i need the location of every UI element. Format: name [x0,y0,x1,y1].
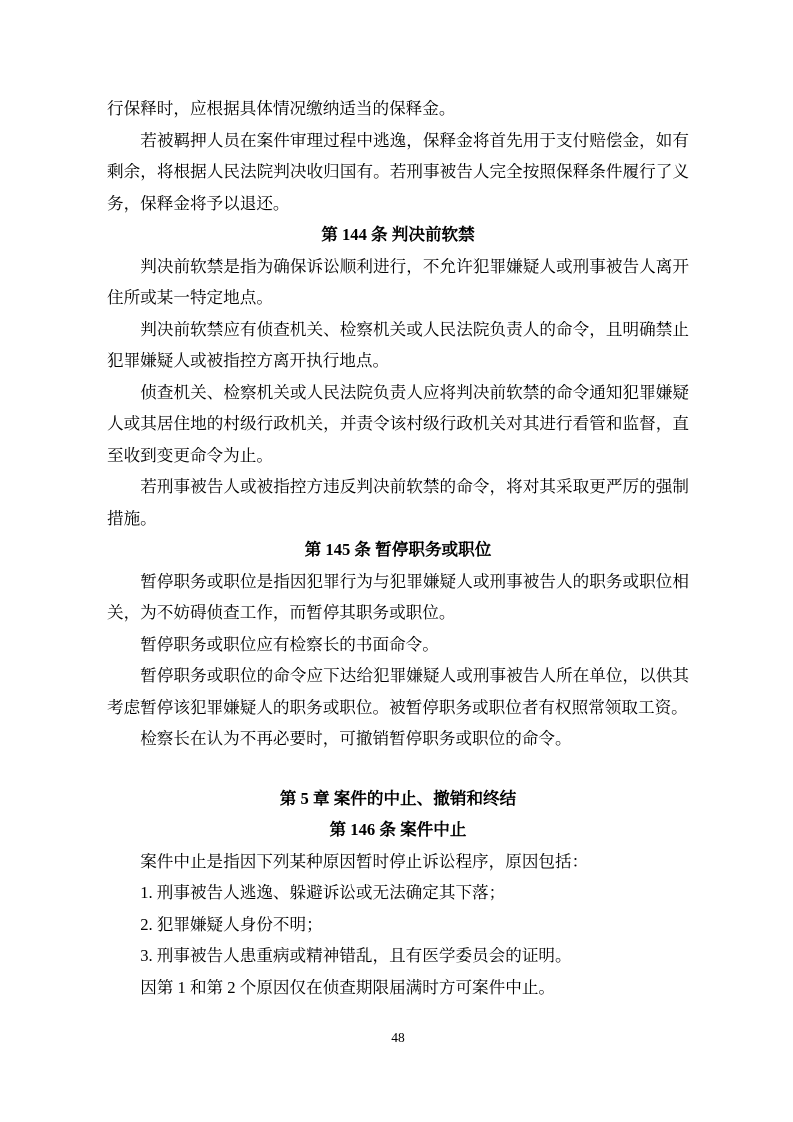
page-number: 48 [107,1030,689,1046]
paragraph-146-definition: 案件中止是指因下列某种原因暂时停止诉讼程序，原因包括： [107,846,689,878]
paragraph-144-violation: 若刑事被告人或被指控方违反判决前软禁的命令，将对其采取更严厉的强制措施。 [107,471,689,534]
paragraph-145-written-order: 暂停职务或职位应有检察长的书面命令。 [107,629,689,661]
paragraph-145-revocation: 检察长在认为不再必要时，可撤销暂停职务或职位的命令。 [107,723,689,755]
paragraph-144-notification: 侦查机关、检察机关或人民法院负责人应将判决前软禁的命令通知犯罪嫌疑人或其居住地的… [107,377,689,472]
chapter-5-heading: 第 5 章 案件的中止、撤销和终结 [107,783,689,815]
paragraph-145-delivery: 暂停职务或职位的命令应下达给犯罪嫌疑人或刑事被告人所在单位，以供其考虑暂停该犯罪… [107,660,689,723]
paragraph-bail-continuation: 行保释时，应根据具体情况缴纳适当的保释金。 [107,93,689,125]
article-144-heading: 第 144 条 判决前软禁 [107,219,689,251]
list-item-3: 3. 刑事被告人患重病或精神错乱，且有医学委员会的证明。 [107,940,689,972]
paragraph-bail-escape: 若被羁押人员在案件审理过程中逃逸，保释金将首先用于支付赔偿金，如有剩余，将根据人… [107,125,689,220]
paragraph-144-order: 判决前软禁应有侦查机关、检察机关或人民法院负责人的命令，且明确禁止犯罪嫌疑人或被… [107,314,689,377]
article-145-heading: 第 145 条 暂停职务或职位 [107,534,689,566]
list-item-2: 2. 犯罪嫌疑人身份不明； [107,909,689,941]
paragraph-146-condition: 因第 1 和第 2 个原因仅在侦查期限届满时方可案件中止。 [107,972,689,1004]
article-146-heading: 第 146 条 案件中止 [107,814,689,846]
document-page: 行保释时，应根据具体情况缴纳适当的保释金。 若被羁押人员在案件审理过程中逃逸，保… [0,0,793,1122]
page-content: 行保释时，应根据具体情况缴纳适当的保释金。 若被羁押人员在案件审理过程中逃逸，保… [107,93,689,1003]
section-spacer [107,755,689,783]
paragraph-145-definition: 暂停职务或职位是指因犯罪行为与犯罪嫌疑人或刑事被告人的职务或职位相关，为不妨碍侦… [107,566,689,629]
paragraph-144-definition: 判决前软禁是指为确保诉讼顺利进行，不允许犯罪嫌疑人或刑事被告人离开住所或某一特定… [107,251,689,314]
list-item-1: 1. 刑事被告人逃逸、躲避诉讼或无法确定其下落； [107,877,689,909]
